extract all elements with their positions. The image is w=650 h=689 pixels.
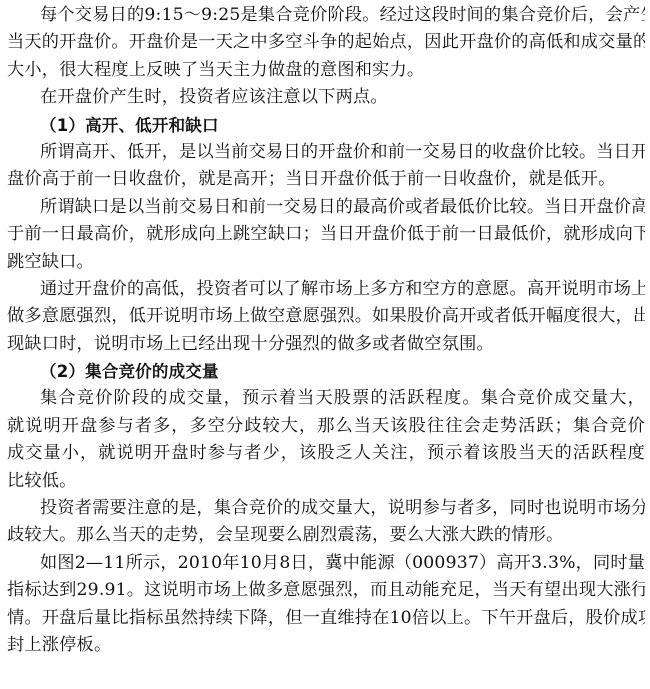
text-line: 每个交易日的9:15～9:25是集合竞价阶段。经过这段时间的集合竞价后，会产生: [7, 2, 645, 29]
text-line: 如图2—11所示，2010年10月8日，冀中能源（000937）高开3.3%，同…: [7, 550, 645, 577]
text-line: 所谓缺口是以当前交易日和前一交易日的最高价或者最低价比较。当日开盘价高: [7, 194, 645, 221]
text-line: 盘价高于前一日收盘价，就是高开；当日开盘价低于前一日收盘价，就是低开。: [7, 166, 645, 193]
section-heading: （2）集合竞价的成交量: [7, 358, 645, 385]
text-line: 在开盘价产生时，投资者应该注意以下两点。: [7, 84, 645, 111]
text-line: 现缺口时，说明市场上已经出现十分强烈的做多或者做空氛围。: [7, 331, 645, 358]
text-line: 封上涨停板。: [7, 632, 645, 659]
text-line: 做多意愿强烈，低开说明市场上做空意愿强烈。如果股价高开或者低开幅度很大，出: [7, 303, 645, 330]
text-line: 成交量小，就说明开盘时参与者少，该股乏人关注，预示着该股当天的活跃程度: [7, 440, 645, 467]
text-line: 比较低。: [7, 468, 645, 495]
text-line: 集合竞价阶段的成交量，预示着当天股票的活跃程度。集合竞价成交量大，: [7, 385, 645, 412]
text-line: 大小，很大程度上反映了当天主力做盘的意图和实力。: [7, 57, 645, 84]
text-line: 歧较大。那么当天的走势，会呈现要么剧烈震荡，要么大涨大跌的情形。: [7, 522, 645, 549]
text-line: 就说明开盘参与者多，多空分歧较大，那么当天该股往往会走势活跃；集合竞价: [7, 413, 645, 440]
text-line: 通过开盘价的高低，投资者可以了解市场上多方和空方的意愿。高开说明市场上: [7, 276, 645, 303]
text-line: 投资者需要注意的是，集合竞价的成交量大，说明参与者多，同时也说明市场分: [7, 495, 645, 522]
text-line: 当天的开盘价。开盘价是一天之中多空斗争的起始点，因此开盘价的高低和成交量的: [7, 29, 645, 56]
text-line: 跳空缺口。: [7, 249, 645, 276]
text-line: 于前一日最高价，就形成向上跳空缺口；当日开盘价低于前一日最低价，就形成向下: [7, 221, 645, 248]
text-line: 所谓高开、低开，是以当前交易日的开盘价和前一交易日的收盘价比较。当日开: [7, 139, 645, 166]
section-heading: （1）高开、低开和缺口: [7, 112, 645, 139]
text-line: 情。开盘后量比指标虽然持续下降，但一直维持在10倍以上。下午开盘后，股价成功: [7, 605, 645, 632]
text-line: 指标达到29.91。这说明市场上做多意愿强烈，而且动能充足，当天有望出现大涨行: [7, 577, 645, 604]
document-page: 每个交易日的9:15～9:25是集合竞价阶段。经过这段时间的集合竞价后，会产生当…: [7, 2, 645, 659]
